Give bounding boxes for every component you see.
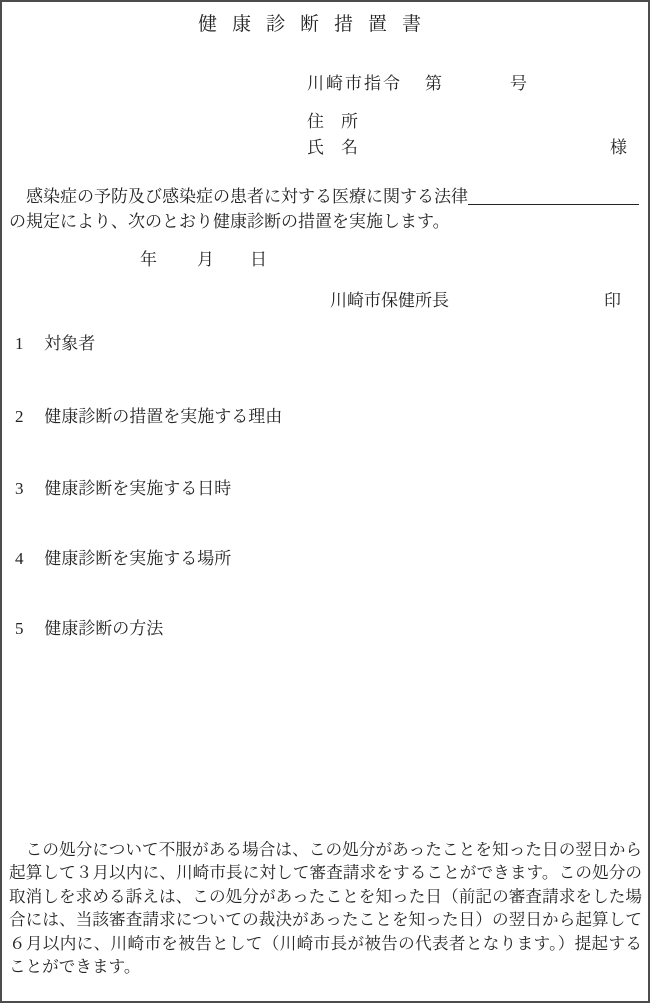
directive-label: 川崎市指令 (307, 74, 402, 94)
document-title: 健康診断措置書 (2, 13, 648, 37)
item-label: 健康診断を実施する場所 (44, 549, 231, 568)
law-name-blank-field (468, 184, 639, 205)
item-number: 3 (15, 479, 40, 499)
directive-number-suffix: 号 (510, 74, 527, 94)
item-number: 4 (15, 549, 40, 569)
item-number: 5 (15, 619, 40, 639)
directive-number-prefix: 第 (425, 74, 442, 94)
item-label: 健康診断を実施する日時 (44, 479, 231, 498)
year-label: 年 (140, 250, 157, 270)
name-row: 氏 名 様 (2, 138, 648, 160)
item-row-3: 3 健康診断を実施する日時 (15, 479, 638, 501)
appeal-line: 取消しを求める訴えは、この処分があったことを知った日（前記の審査請求をした場 (9, 885, 642, 908)
day-label: 日 (250, 250, 267, 270)
item-label: 対象者 (44, 334, 95, 353)
item-row-2: 2 健康診断の措置を実施する理由 (15, 407, 638, 429)
document-page: 健康診断措置書 川崎市指令 第 号 住 所 氏 名 様 感染症の予防及び感染症の… (0, 0, 650, 1003)
date-line: 年 月 日 (2, 250, 648, 272)
law-name-text: 感染症の予防及び感染症の患者に対する医療に関する法律 (9, 184, 468, 209)
name-label: 氏 名 (307, 138, 358, 158)
item-number: 2 (15, 407, 40, 427)
seal-placeholder: 印 (604, 291, 621, 311)
item-label: 健康診断の方法 (44, 619, 163, 638)
item-row-4: 4 健康診断を実施する場所 (15, 549, 638, 571)
appeal-line: この処分について不服がある場合は、この処分があったことを知った日の翌日から (9, 838, 642, 861)
issuer-title: 川崎市保健所長 (330, 291, 449, 311)
month-label: 月 (197, 250, 214, 270)
intro-first-line: 感染症の予防及び感染症の患者に対する医療に関する法律 (9, 184, 641, 209)
directive-number-line: 川崎市指令 第 号 (2, 74, 648, 96)
honorific-label: 様 (610, 138, 627, 158)
item-label: 健康診断の措置を実施する理由 (44, 407, 282, 426)
item-row-5: 5 健康診断の方法 (15, 619, 638, 641)
intro-paragraph: 感染症の予防及び感染症の患者に対する医療に関する法律 の規定により、次のとおり健… (9, 184, 641, 234)
address-row: 住 所 (307, 112, 358, 132)
intro-second-line: の規定により、次のとおり健康診断の措置を実施します。 (9, 209, 641, 234)
appeal-notice: この処分について不服がある場合は、この処分があったことを知った日の翌日から 起算… (9, 838, 642, 978)
address-label: 住 所 (307, 112, 358, 131)
document-title-text: 健康診断措置書 (198, 14, 436, 35)
appeal-line: 起算して３月以内に、川崎市長に対して審査請求をすることができます。この処分の (9, 861, 642, 884)
item-row-1: 1 対象者 (15, 334, 638, 356)
issuer-line: 川崎市保健所長 印 (2, 291, 648, 313)
item-number: 1 (15, 334, 40, 354)
appeal-line: ６月以内に、川崎市を被告として（川崎市長が被告の代表者となります。）提起する (9, 932, 642, 955)
appeal-line: ことができます。 (9, 955, 642, 978)
appeal-line: 合には、当該審査請求についての裁決があったことを知った日）の翌日から起算して (9, 908, 642, 931)
